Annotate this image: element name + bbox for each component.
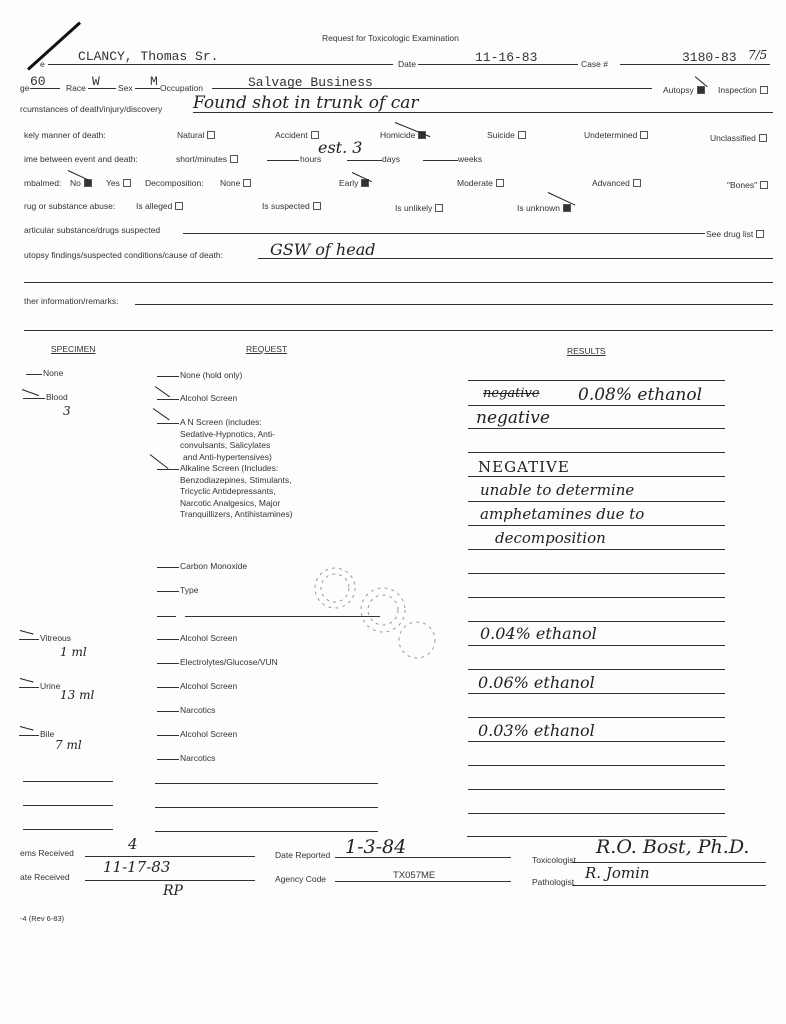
manner-undetermined[interactable]: Undetermined xyxy=(584,130,648,140)
case-field[interactable]: 3180-83 xyxy=(682,50,737,65)
particular-label: articular substance/drugs suspected xyxy=(24,225,160,235)
decomp-bones[interactable]: "Bones" xyxy=(727,180,768,190)
specimen-bile[interactable]: Bile xyxy=(19,729,54,741)
specimen-urine[interactable]: Urine xyxy=(19,681,60,693)
weeks-label: weeks xyxy=(458,154,482,164)
date-received-label: ate Received xyxy=(20,872,70,882)
decomp-none[interactable]: None xyxy=(220,178,251,188)
agency-code-label: Agency Code xyxy=(275,874,326,884)
embalmed-yes[interactable]: Yes xyxy=(106,178,131,188)
see-drug-list-option[interactable]: See drug list xyxy=(706,229,764,239)
manner-suicide[interactable]: Suicide xyxy=(487,130,526,140)
request-alkaline-screen[interactable]: Alkaline Screen (Includes: Benzodiazepin… xyxy=(157,463,293,521)
items-received-label: ems Received xyxy=(20,848,74,858)
specimen-blood-note: 3 xyxy=(63,404,71,418)
sex-field[interactable]: M xyxy=(150,74,158,89)
circumstances-label: rcumstances of death/injury/discovery xyxy=(20,104,162,114)
name-field[interactable]: CLANCY, Thomas Sr. xyxy=(78,49,218,64)
result-an-screen: negative xyxy=(476,408,550,428)
manner-label: kely manner of death: xyxy=(24,130,106,140)
decomp-advanced[interactable]: Advanced xyxy=(592,178,641,188)
drug-unlikely[interactable]: Is unlikely xyxy=(395,203,443,213)
short-minutes-option[interactable]: short/minutes xyxy=(176,154,238,164)
inspection-checkbox[interactable] xyxy=(760,86,768,94)
request-bile-alcohol[interactable]: Alcohol Screen xyxy=(157,729,237,741)
request-carbon-monoxide[interactable]: Carbon Monoxide xyxy=(157,561,247,573)
age-field[interactable]: 60 xyxy=(30,74,46,89)
race-field[interactable]: W xyxy=(92,74,100,89)
result-note-3: decomposition xyxy=(495,529,606,547)
pathologist-label: Pathologist xyxy=(532,877,574,887)
other-info-field[interactable] xyxy=(135,304,773,305)
toxicologist-signature: R.O. Bost, Ph.D. xyxy=(596,836,749,858)
inspection-option[interactable]: Inspection xyxy=(718,85,768,95)
specimen-vitreous[interactable]: Vitreous xyxy=(19,633,71,645)
days-label: days xyxy=(382,154,400,164)
particular-field[interactable] xyxy=(183,233,705,234)
occupation-label: Occupation xyxy=(160,83,203,93)
request-bile-narcotics[interactable]: Narcotics xyxy=(157,753,215,765)
sex-label: Sex xyxy=(118,83,133,93)
other-info-label: ther information/remarks: xyxy=(24,296,118,306)
result-bile-alcohol: 0.03% ethanol xyxy=(478,721,595,740)
autopsy-checkbox[interactable] xyxy=(697,86,705,94)
result-alkaline-screen: NEGATIVE xyxy=(478,458,570,476)
form-title: Request for Toxicologic Examination xyxy=(322,33,459,43)
results-header: RESULTS xyxy=(567,346,606,356)
initials: RP xyxy=(163,883,183,899)
result-note-2: amphetamines due to xyxy=(480,505,644,523)
date-label: Date xyxy=(398,59,416,69)
request-urine-alcohol[interactable]: Alcohol Screen xyxy=(157,681,237,693)
request-an-screen[interactable]: A N Screen (includes: Sedative-Hypnotics… xyxy=(157,417,275,463)
decomposition-label: Decomposition: xyxy=(145,178,204,188)
specimen-vitreous-note: 1 ml xyxy=(60,645,87,659)
result-blood-alcohol: 0.08% ethanol xyxy=(578,385,702,405)
request-urine-narcotics[interactable]: Narcotics xyxy=(157,705,215,717)
request-header: REQUEST xyxy=(246,344,287,354)
result-note-1: unable to determine xyxy=(480,481,634,499)
form-number: -4 (Rev 6-83) xyxy=(20,914,64,923)
date-reported-field[interactable]: 1-3-84 xyxy=(345,836,406,858)
date-reported-label: Date Reported xyxy=(275,850,330,860)
request-type[interactable]: Type xyxy=(157,585,198,597)
drug-abuse-label: rug or substance abuse: xyxy=(24,201,115,211)
manner-natural[interactable]: Natural xyxy=(177,130,215,140)
autopsy-findings-label: utopsy findings/suspected conditions/cau… xyxy=(24,250,223,260)
autopsy-findings-field[interactable]: GSW of head xyxy=(270,240,375,259)
result-vitreous-alcohol: 0.04% ethanol xyxy=(480,624,597,643)
case-label: Case # xyxy=(581,59,608,69)
request-electrolytes[interactable]: Electrolytes/Glucose/VUN xyxy=(157,657,278,669)
manner-unclassified[interactable]: Unclassified xyxy=(710,133,767,143)
manner-accident[interactable]: Accident xyxy=(275,130,319,140)
result-urine-alcohol: 0.06% ethanol xyxy=(478,673,595,692)
race-label: Race xyxy=(66,83,86,93)
specimen-urine-note: 13 ml xyxy=(60,688,94,702)
autopsy-option[interactable]: Autopsy xyxy=(663,85,705,95)
date-received-field[interactable]: 11-17-83 xyxy=(103,858,170,876)
name-label: e xyxy=(40,59,45,69)
age-label: ge xyxy=(20,83,29,93)
agency-code-field[interactable]: TX057ME xyxy=(393,870,435,881)
stamp-mark xyxy=(305,560,465,670)
days-field[interactable]: est. 3 xyxy=(318,138,362,157)
request-none[interactable]: None (hold only) xyxy=(157,370,242,382)
drug-suspected[interactable]: Is suspected xyxy=(262,201,321,211)
date-field[interactable]: 11-16-83 xyxy=(475,50,537,65)
pathologist-signature: R. Jomin xyxy=(585,864,650,882)
case-suffix: 7/5 xyxy=(748,48,767,62)
embalmed-label: mbalmed: xyxy=(24,178,61,188)
toxicologist-label: Toxicologist xyxy=(532,855,576,865)
circumstances-field[interactable]: Found shot in trunk of car xyxy=(193,93,419,113)
decomp-moderate[interactable]: Moderate xyxy=(457,178,504,188)
drug-unknown[interactable]: Is unknown xyxy=(517,203,571,213)
decomp-early[interactable]: Early xyxy=(339,178,369,188)
specimen-none[interactable]: None xyxy=(26,368,63,380)
drug-alleged[interactable]: Is alleged xyxy=(136,201,183,211)
items-received-field[interactable]: 4 xyxy=(128,835,138,853)
specimen-blood[interactable]: Blood xyxy=(23,392,68,404)
time-between-label: ime between event and death: xyxy=(24,154,138,164)
specimen-bile-note: 7 ml xyxy=(55,738,82,752)
result-blood-struck: negative xyxy=(483,386,540,401)
embalmed-no[interactable]: No xyxy=(70,178,92,188)
request-vitreous-alcohol[interactable]: Alcohol Screen xyxy=(157,633,237,645)
specimen-header: SPECIMEN xyxy=(51,344,95,354)
